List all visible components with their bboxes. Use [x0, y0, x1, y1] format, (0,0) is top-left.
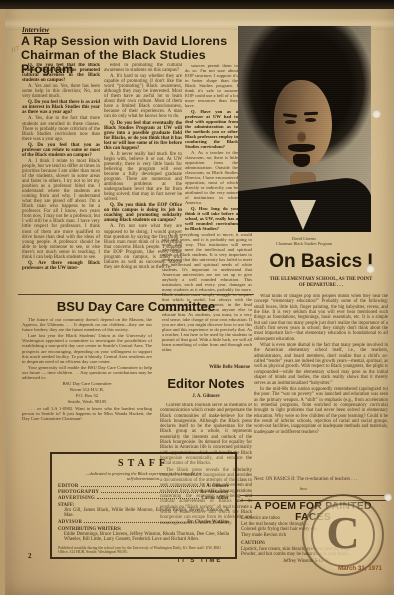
- masthead-footer: IT'S TIME: [158, 558, 242, 564]
- paragraph: A. It's hard to say whether they are cap…: [104, 74, 182, 119]
- editor-notes-title: Editor Notes: [160, 376, 252, 391]
- paragraph: Q. Do you feel that there is as avid an …: [22, 100, 100, 115]
- paragraph: In the mid-60s this nation supposedly re…: [254, 387, 388, 435]
- role-label: ADVERTISING: [58, 496, 95, 502]
- punch-hole: [384, 493, 392, 501]
- dotted-leader: [84, 522, 185, 523]
- colophon: Published monthly during the school year…: [58, 546, 229, 555]
- on-basics-body: What kinds of images pop into peoples mi…: [254, 294, 388, 474]
- portrait-photo: [238, 26, 371, 232]
- issue-date: March 31, 1971: [298, 565, 382, 572]
- section-kicker: Interview: [22, 26, 49, 34]
- photo-caption: David LlorensChairman Black Studies Prog…: [244, 236, 364, 246]
- paragraph: What kinds of images pop into peoples mi…: [254, 294, 388, 342]
- paragraph: The future of our community doesn't depe…: [22, 317, 152, 332]
- dotted-leader: [101, 492, 198, 493]
- role-name: Dr. Charles Watkins: [187, 520, 229, 526]
- page-number: 2: [28, 552, 32, 560]
- paragraph: A. Yes and no. Yes, there has been some …: [22, 84, 100, 99]
- stamp-inner-ring: C: [311, 503, 375, 567]
- punch-hole: [372, 109, 381, 118]
- day-care-paragraphs: The future of our community doesn't depe…: [22, 317, 152, 380]
- section-divider: [18, 294, 254, 295]
- role-label: ADVISOR: [58, 520, 82, 526]
- paragraph: Your generosity will enable the BSU Day …: [22, 365, 152, 380]
- paragraph: Q. Are there enough Black professors at …: [22, 261, 100, 271]
- paragraph: OF DEPARTURE . . .: [252, 283, 390, 289]
- editor-notes-byline: J. A. Gilmore: [160, 394, 252, 399]
- paragraph: Q. How long do you think it will take be…: [185, 206, 238, 230]
- paragraph: THE ELEMENTARY SCHOOL, AS THE POINT: [252, 277, 390, 283]
- paragraph: Q. Do you feel that you as professor can…: [22, 143, 100, 158]
- interview-column-1: Q. Do you feel that the Black Studies De…: [22, 63, 100, 291]
- staff-role-row: ADVERTISING Carlos Miller: [58, 496, 229, 502]
- copyright-stamp-icon: C: [302, 494, 384, 576]
- paragraph: Room 312-H.U.B.: [22, 387, 152, 392]
- writers-names: Eddie Demmings, Bruce Llorens, Jeffrey W…: [64, 532, 229, 543]
- stamp-letter: C: [326, 506, 359, 559]
- paragraph: BSU Day Care Committee: [22, 381, 152, 386]
- dotted-leader: [81, 486, 200, 487]
- day-care-closing: . . . or call LA 1-0982. Want to know wh…: [22, 406, 152, 421]
- paragraph: ested in promoting the cultural awarenes…: [104, 63, 182, 73]
- staff-dedication: —dedicated to projecting the Black exper…: [82, 471, 205, 481]
- dotted-leader: [97, 498, 199, 499]
- paragraph: Chairman Black Studies Program: [244, 241, 364, 246]
- paragraph: Q. Do you think the EOP Office on this c…: [104, 203, 182, 223]
- newspaper-page-scan: 117 Interview A Rap Session with David L…: [0, 0, 394, 595]
- on-basics-subtitle: THE ELEMENTARY SCHOOL, AS THE POINTOF DE…: [252, 277, 390, 288]
- paragraph: A. Yes, due to the fact that more studen…: [22, 116, 100, 141]
- next-issue-note: Next: ON BASICS II: The re-education of …: [254, 477, 388, 482]
- staff-role-row: ADVISOR Dr. Charles Watkins: [58, 520, 229, 526]
- day-care-title: BSU Day Care Committee: [18, 299, 254, 314]
- day-care-address: BSU Day Care CommitteeRoom 312-H.U.B.P.O…: [22, 381, 152, 404]
- interview-column-3: sources permit them to do so. I'm not su…: [185, 63, 238, 230]
- day-care-body: The future of our community doesn't depe…: [22, 317, 152, 450]
- paragraph: Seattle, Wash. 98105: [22, 399, 152, 404]
- paragraph: sources permit them to do so. I'm not su…: [185, 63, 238, 108]
- scan-edge: [0, 0, 394, 9]
- paragraph: Q. Do you feel that the Black Studies De…: [22, 63, 100, 83]
- interview-signature: Willie Belle Monroe: [162, 365, 250, 370]
- punch-hole: [366, 264, 375, 273]
- paragraph: What is even more dismal is the fact tha…: [254, 343, 388, 386]
- paragraph: P.O. Box 52: [22, 393, 152, 398]
- staff-box: STAFF —dedicated to projecting the Black…: [50, 452, 237, 559]
- paragraph: Late last year the Black Students' Union…: [22, 333, 152, 364]
- staff-list-names: Jim Gill, James Black, Willie Belle Monr…: [64, 508, 229, 519]
- paragraph: A. As a teacher in the classroom, no; th…: [185, 150, 238, 205]
- paragraph: Q. Do you feel that eventually the Black…: [104, 121, 182, 151]
- interview-column-4: A. If everything worked to move, it woul…: [162, 232, 252, 364]
- paragraph: A Rap Session with David Llorens: [21, 34, 259, 48]
- photo-grain: [238, 26, 371, 232]
- paragraph: A. I think I relate to most Black people…: [22, 159, 100, 260]
- role-name: Carlos Miller: [201, 496, 229, 502]
- author-initials: hea: [300, 486, 307, 491]
- paragraph: A. It never really had much fire to begi…: [104, 152, 182, 202]
- staff-box-title: STAFF: [58, 458, 229, 469]
- paragraph: A. If everything worked to move, it woul…: [162, 232, 252, 352]
- paragraph: Q. Have you as a professor at UW had to …: [185, 109, 238, 149]
